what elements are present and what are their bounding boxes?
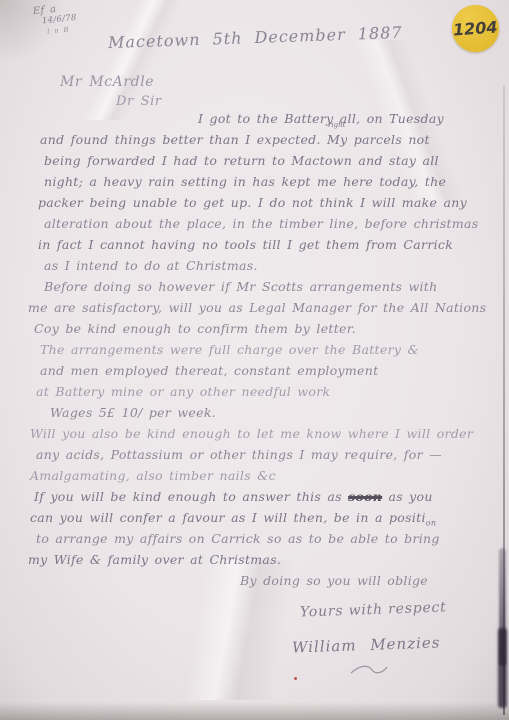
body-line-with-suffix: can you will confer a favour as I will t… xyxy=(28,507,496,528)
body-line-segment: If you will be kind enough to answer thi… xyxy=(34,489,342,504)
letter-recipient: Mr McArdle xyxy=(60,74,154,90)
letter-valediction: Yours with respect xyxy=(300,599,447,620)
letter-photograph: Ef a 14/6/78 l n B 1204 Macetown 5th Dec… xyxy=(0,0,509,720)
body-line: The arrangements were full charge over t… xyxy=(28,339,496,360)
letter-salutation: Dr Sir xyxy=(116,94,162,109)
body-line: in fact I cannot having no tools till I … xyxy=(28,234,496,255)
body-line: my Wife & family over at Christmas. xyxy=(28,549,496,570)
body-line: alteration about the place, in the timbe… xyxy=(28,213,496,234)
body-line: at Battery mine or any other needful wor… xyxy=(28,381,496,402)
body-line-segment: can you will confer a favour as I will t… xyxy=(30,510,426,525)
body-line: to arrange my affairs on Carrick so as t… xyxy=(28,528,496,549)
catalogue-number: 1204 xyxy=(453,17,499,39)
squeezed-word-ending: on xyxy=(426,519,437,528)
letter-dateline: Macetown 5th December 1887 xyxy=(108,23,403,52)
body-line: Coy be kind enough to confirm them by le… xyxy=(28,318,496,339)
letter-body: right I got to the Battery all, on Tuesd… xyxy=(28,108,496,591)
body-line: Before doing so however if Mr Scotts arr… xyxy=(28,276,496,297)
body-line: being forwarded I had to return to Macto… xyxy=(28,150,496,171)
body-line: packer being unable to get up. I do not … xyxy=(28,192,496,213)
body-line: and found things better than I expected.… xyxy=(28,129,496,150)
body-line: night; a heavy rain setting in has kept … xyxy=(28,171,496,192)
letter-signature: William Menzies xyxy=(292,633,441,656)
body-line: I got to the Battery all, on Tuesday xyxy=(28,108,496,129)
body-line: and men employed thereat, constant emplo… xyxy=(28,360,496,381)
letter-closing-line: By doing so you will oblige xyxy=(28,570,496,591)
interlinear-insertion: right xyxy=(328,121,345,129)
struck-out-word: soon xyxy=(348,489,382,504)
ink-smudge-lower xyxy=(498,628,507,708)
red-speck xyxy=(294,677,297,680)
body-line: Will you also be kind enough to let me k… xyxy=(28,423,496,444)
catalogue-number-sticker: 1204 xyxy=(452,5,499,52)
body-line-segment: as you xyxy=(388,489,432,504)
signature-flourish xyxy=(348,662,390,678)
body-line: me are satisfactory, will you as Legal M… xyxy=(28,297,496,318)
body-line: any acids, Pottassium or other things I … xyxy=(28,444,496,465)
body-line: as I intend to do at Christmas. xyxy=(28,255,496,276)
photo-bottom-shadow xyxy=(0,702,509,720)
body-line: Amalgamating, also timber nails &c xyxy=(28,465,496,486)
body-line: Wages 5£ 10/ per week. xyxy=(28,402,496,423)
archivist-pencil-note: Ef a 14/6/78 l n B xyxy=(32,2,78,39)
body-line-with-strikethrough: If you will be kind enough to answer thi… xyxy=(28,486,496,507)
